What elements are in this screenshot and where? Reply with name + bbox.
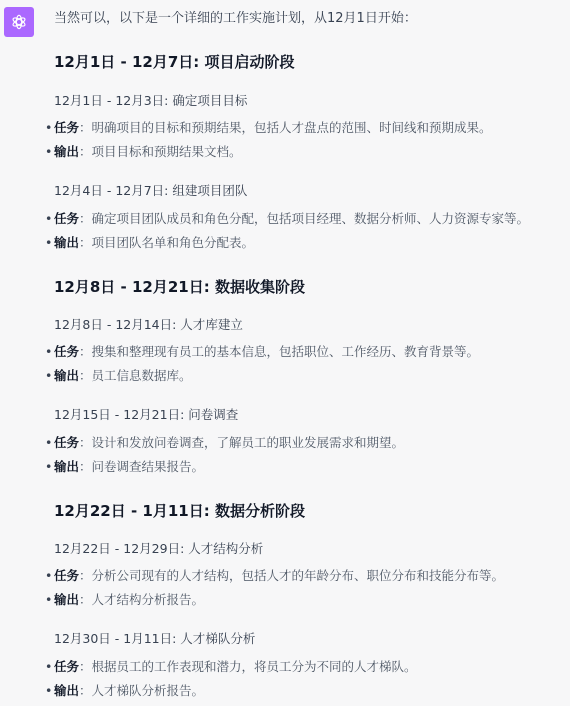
bullet-dot: •	[45, 658, 54, 676]
output-bullet: •输出：项目团队名单和角色分配表。	[45, 234, 254, 252]
output-bullet: •输出：员工信息数据库。	[45, 367, 192, 385]
bullet-dot: •	[45, 458, 54, 476]
task-bullet: •任务：设计和发放问卷调查，了解员工的职业发展需求和期望。	[45, 434, 404, 452]
task-bullet: •任务：明确项目的目标和预期结果，包括人才盘点的范围、时间线和预期成果。	[45, 119, 492, 137]
bullet-dot: •	[45, 210, 54, 228]
bullet-dot: •	[45, 567, 54, 585]
output-bullet: •输出：人才结构分析报告。	[45, 591, 204, 609]
task-bullet: •任务：确定项目团队成员和角色分配，包括项目经理、数据分析师、人力资源专家等。	[45, 210, 529, 228]
bullet-dot: •	[45, 434, 54, 452]
task-bullet: •任务：分析公司现有的人才结构，包括人才的年龄分布、职位分布和技能分布等。	[45, 567, 504, 585]
task-bullet: •任务：根据员工的工作表现和潜力，将员工分为不同的人才梯队。	[45, 658, 417, 676]
bullet-dot: •	[45, 234, 54, 252]
phase-heading: 12月22日 - 1月11日: 数据分析阶段	[54, 501, 305, 521]
bullet-dot: •	[45, 591, 54, 609]
step-heading: 12月1日 - 12月3日: 确定项目目标	[54, 92, 247, 110]
intro-text: 当然可以，以下是一个详细的工作实施计划，从12月1日开始：	[54, 10, 417, 28]
step-heading: 12月22日 - 12月29日: 人才结构分析	[54, 540, 263, 558]
step-heading: 12月8日 - 12月14日: 人才库建立	[54, 316, 243, 334]
output-bullet: •输出：问卷调查结果报告。	[45, 458, 204, 476]
openai-logo-icon	[9, 12, 29, 32]
assistant-avatar	[4, 7, 34, 37]
bullet-dot: •	[45, 343, 54, 361]
output-bullet: •输出：人才梯队分析报告。	[45, 682, 204, 700]
step-heading: 12月15日 - 12月21日: 问卷调查	[54, 406, 238, 424]
step-heading: 12月30日 - 1月11日: 人才梯队分析	[54, 630, 255, 648]
bullet-dot: •	[45, 682, 54, 700]
bullet-dot: •	[45, 119, 54, 137]
phase-heading: 12月8日 - 12月21日: 数据收集阶段	[54, 277, 305, 297]
bullet-dot: •	[45, 143, 54, 161]
bullet-dot: •	[45, 367, 54, 385]
output-bullet: •输出：项目目标和预期结果文档。	[45, 143, 242, 161]
step-heading: 12月4日 - 12月7日: 组建项目团队	[54, 182, 247, 200]
phase-heading: 12月1日 - 12月7日: 项目启动阶段	[54, 52, 295, 72]
task-bullet: •任务：搜集和整理现有员工的基本信息，包括职位、工作经历、教育背景等。	[45, 343, 479, 361]
